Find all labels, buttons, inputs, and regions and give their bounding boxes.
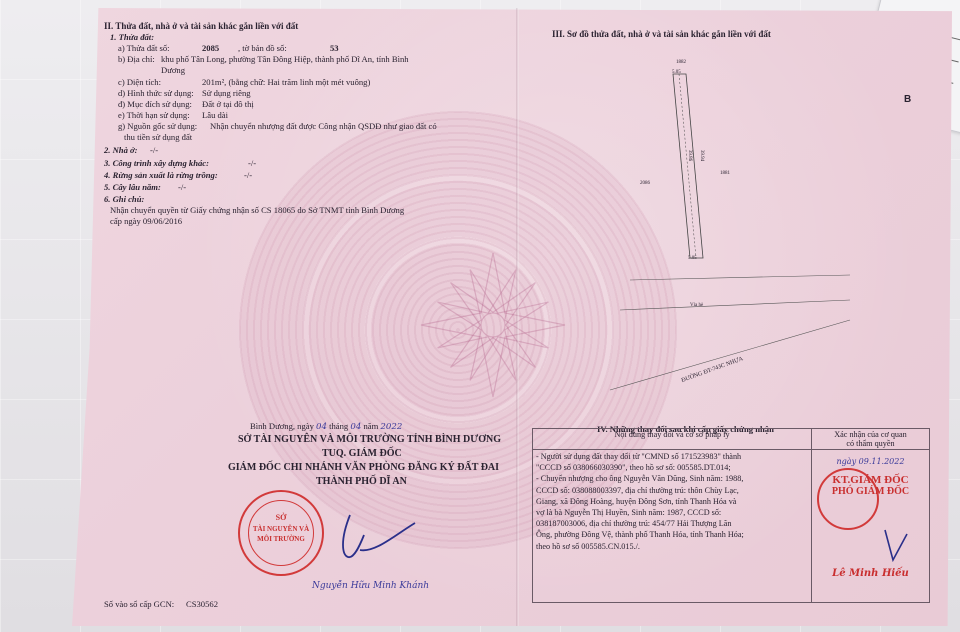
col-confirm-header: Xác nhận của cơ quan có thẩm quyền bbox=[812, 429, 930, 450]
forest-value: -/- bbox=[244, 170, 252, 181]
authority-line2: TUQ. GIÁM ĐỐC bbox=[322, 448, 402, 459]
address-line2: Dương bbox=[161, 65, 185, 76]
perennial-value: -/- bbox=[178, 182, 186, 193]
change-line: vợ là bà Nguyễn Thị Huyền, Sinh năm: 198… bbox=[536, 507, 808, 518]
perennial-label: 5. Cây lâu năm: bbox=[104, 182, 161, 193]
section-iii-title: III. Sơ đồ thửa đất, nhà ở và tài sản kh… bbox=[552, 29, 771, 40]
change-line: Ông, phường Đông Vệ, thành phố Thanh Hóa… bbox=[536, 529, 808, 540]
star-emblem-icon bbox=[418, 250, 568, 400]
registry-number: CS30562 bbox=[186, 599, 218, 610]
parcel-label: a) Thửa đất số: bbox=[118, 43, 170, 54]
authority-line1: SỞ TÀI NGUYÊN VÀ MÔI TRƯỜNG TỈNH BÌNH DƯ… bbox=[238, 434, 501, 445]
signer-name-left: Nguyễn Hữu Minh Khánh bbox=[312, 581, 429, 592]
change-line: - Người sử dụng đất thay đổi từ "CMND số… bbox=[536, 451, 808, 462]
construction-value: -/- bbox=[248, 158, 256, 169]
signature-left-icon bbox=[320, 505, 430, 565]
purpose-label: đ) Mục đích sử dụng: bbox=[118, 99, 192, 110]
term-label: e) Thời hạn sử dụng: bbox=[118, 110, 190, 121]
origin-line2: thu tiền sử dụng đất bbox=[124, 132, 192, 143]
signature-right-icon bbox=[815, 526, 915, 566]
confirm-signer: Lê Minh Hiếu bbox=[815, 568, 926, 579]
authority-line3: GIÁM ĐỐC CHI NHÁNH VĂN PHÒNG ĐĂNG KÝ ĐẤT… bbox=[228, 462, 499, 473]
official-seal-left: SỞ TÀI NGUYÊN VÀ MÔI TRƯỜNG bbox=[238, 490, 324, 576]
forest-label: 4. Rừng sản xuất là rừng trồng: bbox=[104, 170, 218, 181]
changes-table: Nội dung thay đổi và cơ sở pháp lý Xác n… bbox=[532, 416, 930, 603]
notes-line2: cấp ngày 09/06/2016 bbox=[110, 216, 182, 227]
notes-line1: Nhận chuyển quyền từ Giấy chứng nhận số … bbox=[110, 205, 404, 216]
item1-title: 1. Thửa đất: bbox=[110, 32, 154, 43]
issue-year: 2022 bbox=[380, 422, 402, 432]
page-letter-b: B bbox=[904, 94, 911, 105]
confirm-title2: PHÓ GIÁM ĐỐC bbox=[815, 486, 926, 497]
page-fold bbox=[516, 8, 519, 626]
area-value: 201m², (bằng chữ: Hai trăm linh một mét … bbox=[202, 77, 370, 88]
origin-line1: Nhận chuyển nhượng đất được Công nhận QS… bbox=[210, 121, 437, 132]
section-ii-title: II. Thửa đất, nhà ở và tài sản khác gắn … bbox=[104, 21, 298, 32]
col-content-header: Nội dung thay đổi và cơ sở pháp lý bbox=[533, 429, 812, 450]
change-line: Giang, xã Đông Hoàng, huyện Đông Sơn, tỉ… bbox=[536, 496, 808, 507]
change-line: - Chuyển nhượng cho ông Nguyễn Văn Dũng,… bbox=[536, 473, 808, 484]
change-line: CCCD số: 038088003397, địa chỉ thường tr… bbox=[536, 485, 808, 496]
usage-form-value: Sử dụng riêng bbox=[202, 88, 251, 99]
authority-line4: THÀNH PHỐ DĨ AN bbox=[316, 476, 407, 487]
map-sheet-label: , tờ bản đồ số: bbox=[238, 43, 287, 54]
change-line: 038187003006, địa chỉ thường trú: 454/77… bbox=[536, 518, 808, 529]
issue-day: 04 bbox=[316, 422, 327, 432]
house-value: -/- bbox=[150, 145, 158, 156]
term-value: Lâu dài bbox=[202, 110, 228, 121]
parcel-outline bbox=[600, 60, 860, 410]
purpose-value: Đất ở tại đô thị bbox=[202, 99, 254, 110]
origin-label: g) Nguồn gốc sử dụng: bbox=[118, 121, 197, 132]
address-line1: khu phố Tân Long, phường Tân Đông Hiệp, … bbox=[161, 54, 409, 65]
change-content-cell: - Người sử dụng đất thay đổi từ "CMND số… bbox=[533, 450, 812, 603]
registry-label: Số vào sổ cấp GCN: bbox=[104, 599, 174, 610]
map-sheet-number: 53 bbox=[330, 43, 339, 54]
confirm-title1: KT.GIÁM ĐỐC bbox=[815, 466, 926, 486]
construction-label: 3. Công trình xây dựng khác: bbox=[104, 158, 209, 169]
house-label: 2. Nhà ở: bbox=[104, 145, 138, 156]
confirm-cell: ngày 09.11.2022 KT.GIÁM ĐỐC PHÓ GIÁM ĐỐC… bbox=[812, 450, 930, 603]
notes-label: 6. Ghi chú: bbox=[104, 194, 144, 205]
usage-form-label: d) Hình thức sử dụng: bbox=[118, 88, 194, 99]
issue-date-line: Bình Dương, ngày 04 tháng 04 năm 2022 bbox=[250, 421, 402, 433]
change-line: theo hồ sơ số 005585.CN.015./. bbox=[536, 541, 808, 552]
parcel-number: 2085 bbox=[202, 43, 219, 54]
address-label: b) Địa chỉ: bbox=[118, 54, 155, 65]
confirm-date: ngày 09.11.2022 bbox=[815, 457, 926, 466]
area-label: c) Diện tích: bbox=[118, 77, 161, 88]
change-line: "CCCD số 038066030390", theo hồ sơ số: 0… bbox=[536, 462, 808, 473]
issue-month: 04 bbox=[350, 422, 361, 432]
